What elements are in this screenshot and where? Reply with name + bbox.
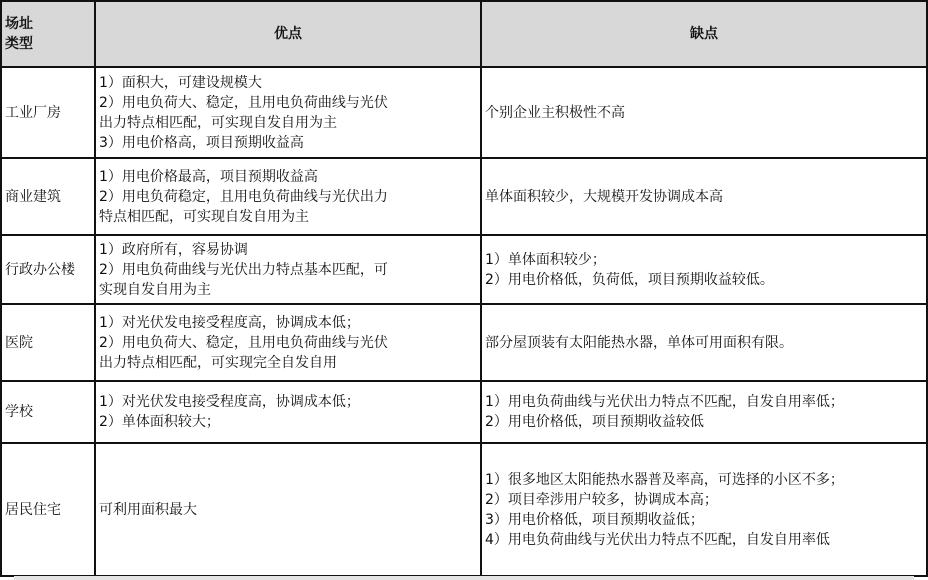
pros-cell: 1）对光伏发电接受程度高，协调成本低；2）单体面积较大； [95,381,481,443]
site-type-cell: 工业厂房 [1,67,95,158]
header-site-type: 场址 类型 [1,1,95,67]
cons-line: 1）用电负荷曲线与光伏出力特点不匹配，自发自用率低； [485,392,923,412]
pros-line: 2）单体面积较大； [99,412,477,432]
cons-cell: 1）单体面积较少；2）用电价格低，负荷低，项目预期收益较低。 [481,235,927,304]
table-row: 居民住宅可利用面积最大1）很多地区太阳能热水器普及率高，可选择的小区不多；2）项… [1,443,927,576]
cons-line: 2）项目牵涉用户较多，协调成本高； [485,490,923,510]
site-type-cell: 医院 [1,304,95,381]
cons-cell: 1）很多地区太阳能热水器普及率高，可选择的小区不多；2）项目牵涉用户较多，协调成… [481,443,927,576]
cons-line: 2）用电价格低，负荷低，项目预期收益较低。 [485,270,923,290]
cons-line: 4）用电负荷曲线与光伏出力特点不匹配，自发自用率低 [485,530,923,550]
site-type-cell: 学校 [1,381,95,443]
pros-line: 出力特点相匹配，可实现自发自用为主 [99,113,477,133]
pros-line: 1）面积大，可建设规模大 [99,73,477,93]
pros-cell: 1）用电价格最高，项目预期收益高2）用电负荷稳定，且用电负荷曲线与光伏出力特点相… [95,158,481,235]
site-comparison-table: 场址 类型 优点 缺点 工业厂房1）面积大，可建设规模大2）用电负荷大、稳定，且… [0,0,928,577]
cons-cell: 1）用电负荷曲线与光伏出力特点不匹配，自发自用率低；2）用电价格低，项目预期收益… [481,381,927,443]
header-row: 场址 类型 优点 缺点 [1,1,927,67]
table-row: 医院1）对光伏发电接受程度高，协调成本低；2）用电负荷大、稳定，且用电负荷曲线与… [1,304,927,381]
pros-line: 特点相匹配，可实现自发自用为主 [99,207,477,227]
header-cons: 缺点 [481,1,927,67]
pros-cell: 1）对光伏发电接受程度高，协调成本低；2）用电负荷大、稳定，且用电负荷曲线与光伏… [95,304,481,381]
header-site-type-line1: 场址 [5,14,91,34]
site-type-cell: 居民住宅 [1,443,95,576]
cons-cell: 个别企业主积极性不高 [481,67,927,158]
pros-line: 1）用电价格最高，项目预期收益高 [99,167,477,187]
cons-line: 单体面积较少，大规模开发协调成本高 [485,187,923,207]
cons-line: 2）用电价格低，项目预期收益较低 [485,412,923,432]
pros-line: 2）用电负荷曲线与光伏出力特点基本匹配，可 [99,260,477,280]
pros-line: 1）对光伏发电接受程度高，协调成本低； [99,392,477,412]
pros-cell: 1）政府所有，容易协调2）用电负荷曲线与光伏出力特点基本匹配，可实现自发自用为主 [95,235,481,304]
header-site-type-line2: 类型 [5,34,91,54]
pros-line: 1）对光伏发电接受程度高，协调成本低； [99,313,477,333]
cons-line: 个别企业主积极性不高 [485,103,923,123]
pros-line: 实现自发自用为主 [99,280,477,300]
cons-line: 部分屋顶装有太阳能热水器，单体可用面积有限。 [485,333,923,353]
cons-line: 1）很多地区太阳能热水器普及率高，可选择的小区不多； [485,470,923,490]
pros-line: 3）用电价格高，项目预期收益高 [99,133,477,153]
pros-line: 2）用电负荷大、稳定，且用电负荷曲线与光伏 [99,93,477,113]
table-row: 学校1）对光伏发电接受程度高，协调成本低；2）单体面积较大；1）用电负荷曲线与光… [1,381,927,443]
pros-line: 1）政府所有，容易协调 [99,240,477,260]
cons-cell: 部分屋顶装有太阳能热水器，单体可用面积有限。 [481,304,927,381]
table-row: 商业建筑1）用电价格最高，项目预期收益高2）用电负荷稳定，且用电负荷曲线与光伏出… [1,158,927,235]
header-pros: 优点 [95,1,481,67]
table-row: 行政办公楼1）政府所有，容易协调2）用电负荷曲线与光伏出力特点基本匹配，可实现自… [1,235,927,304]
pros-cell: 可利用面积最大 [95,443,481,576]
pros-line: 2）用电负荷大、稳定，且用电负荷曲线与光伏 [99,333,477,353]
site-type-cell: 行政办公楼 [1,235,95,304]
cons-line: 1）单体面积较少； [485,250,923,270]
pros-cell: 1）面积大，可建设规模大2）用电负荷大、稳定，且用电负荷曲线与光伏出力特点相匹配… [95,67,481,158]
pros-line: 可利用面积最大 [99,500,477,520]
site-type-cell: 商业建筑 [1,158,95,235]
pros-line: 出力特点相匹配，可实现完全自发自用 [99,353,477,373]
cons-line: 3）用电价格低，项目预期收益低； [485,510,923,530]
cons-cell: 单体面积较少，大规模开发协调成本高 [481,158,927,235]
table-row: 工业厂房1）面积大，可建设规模大2）用电负荷大、稳定，且用电负荷曲线与光伏出力特… [1,67,927,158]
pros-line: 2）用电负荷稳定，且用电负荷曲线与光伏出力 [99,187,477,207]
bottom-shadow [14,576,914,580]
